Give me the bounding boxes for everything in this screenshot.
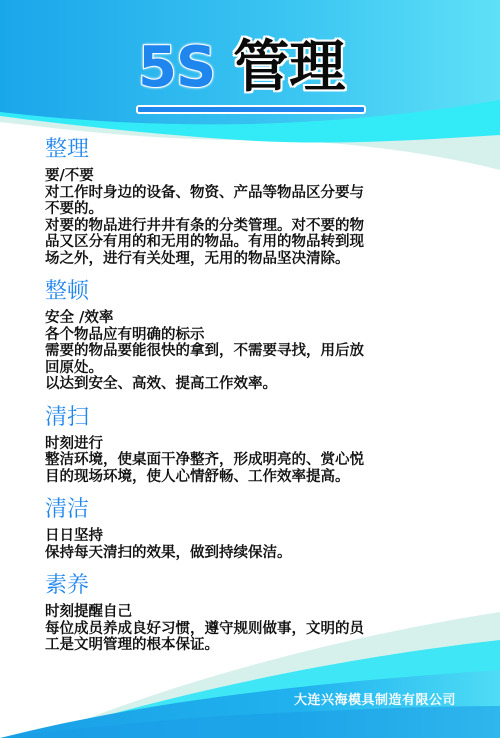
section-line: 需要的物品要能很快的拿到，不需要寻找，用后放 [45, 343, 465, 360]
section-line: 时刻提醒自己 [45, 604, 465, 621]
section-line: 每位成员养成良好习惯，遵守规则做事，文明的员 [45, 621, 465, 638]
section-line: 以达到安全、高效、提高工作效率。 [45, 376, 465, 393]
section-body: 时刻进行 整洁环境，使桌面干净整齐，形成明亮的、赏心悦 目的现场环境，使人心情舒… [45, 436, 465, 486]
section-heading: 清扫 [45, 404, 465, 432]
section-body: 要/不要 对工作时身边的设备、物资、产品等物品区分要与 不要的。 对要的物品进行… [45, 168, 465, 267]
section-seiri: 整理 要/不要 对工作时身边的设备、物资、产品等物品区分要与 不要的。 对要的物… [45, 136, 465, 267]
section-shitsuke: 素养 时刻提醒自己 每位成员养成良好习惯，遵守规则做事，文明的员 工是文明管理的… [45, 572, 465, 654]
sections-list: 整理 要/不要 对工作时身边的设备、物资、产品等物品区分要与 不要的。 对要的物… [45, 136, 465, 654]
section-seiton: 整顿 安全 /效率 各个物品应有明确的标示 需要的物品要能很快的拿到，不需要寻找… [45, 278, 465, 393]
section-line: 品又区分有用的和无用的物品。有用的物品转到现 [45, 234, 465, 251]
section-line: 回原处。 [45, 360, 465, 377]
section-line: 要/不要 [45, 168, 465, 185]
section-line: 安全 /效率 [45, 310, 465, 327]
section-line: 整洁环境，使桌面干净整齐，形成明亮的、赏心悦 [45, 452, 465, 469]
section-heading: 整理 [45, 136, 465, 164]
title-underline [136, 105, 366, 114]
section-seiso: 清扫 时刻进行 整洁环境，使桌面干净整齐，形成明亮的、赏心悦 目的现场环境，使人… [45, 404, 465, 486]
title-management: 管理 [233, 36, 345, 100]
section-line: 不要的。 [45, 201, 465, 218]
poster-5s-management: 5S 管理 整理 要/不要 对工作时身边的设备、物资、产品等物品区分要与 不要的… [0, 0, 500, 738]
section-line: 各个物品应有明确的标示 [45, 327, 465, 344]
section-line: 场之外，进行有关处理，无用的物品坚决清除。 [45, 251, 465, 268]
section-heading: 清洁 [45, 496, 465, 524]
company-name: 大连兴海模具制造有限公司 [294, 689, 456, 708]
section-line: 对工作时身边的设备、物资、产品等物品区分要与 [45, 185, 465, 202]
section-heading: 整顿 [45, 278, 465, 306]
section-line: 日日坚持 [45, 528, 465, 545]
section-heading: 素养 [45, 572, 465, 600]
section-body: 时刻提醒自己 每位成员养成良好习惯，遵守规则做事，文明的员 工是文明管理的根本保… [45, 604, 465, 654]
section-body: 安全 /效率 各个物品应有明确的标示 需要的物品要能很快的拿到，不需要寻找，用后… [45, 310, 465, 393]
title-5s: 5S [138, 36, 215, 100]
section-line: 保持每天清扫的效果，做到持续保洁。 [45, 545, 465, 562]
section-line: 对要的物品进行井井有条的分类管理。对不要的物 [45, 218, 465, 235]
section-line: 工是文明管理的根本保证。 [45, 637, 465, 654]
section-line: 时刻进行 [45, 436, 465, 453]
page-title: 5S 管理 [138, 36, 345, 100]
section-seiketsu: 清洁 日日坚持 保持每天清扫的效果，做到持续保洁。 [45, 496, 465, 561]
section-line: 目的现场环境，使人心情舒畅、工作效率提高。 [45, 469, 465, 486]
section-body: 日日坚持 保持每天清扫的效果，做到持续保洁。 [45, 528, 465, 561]
